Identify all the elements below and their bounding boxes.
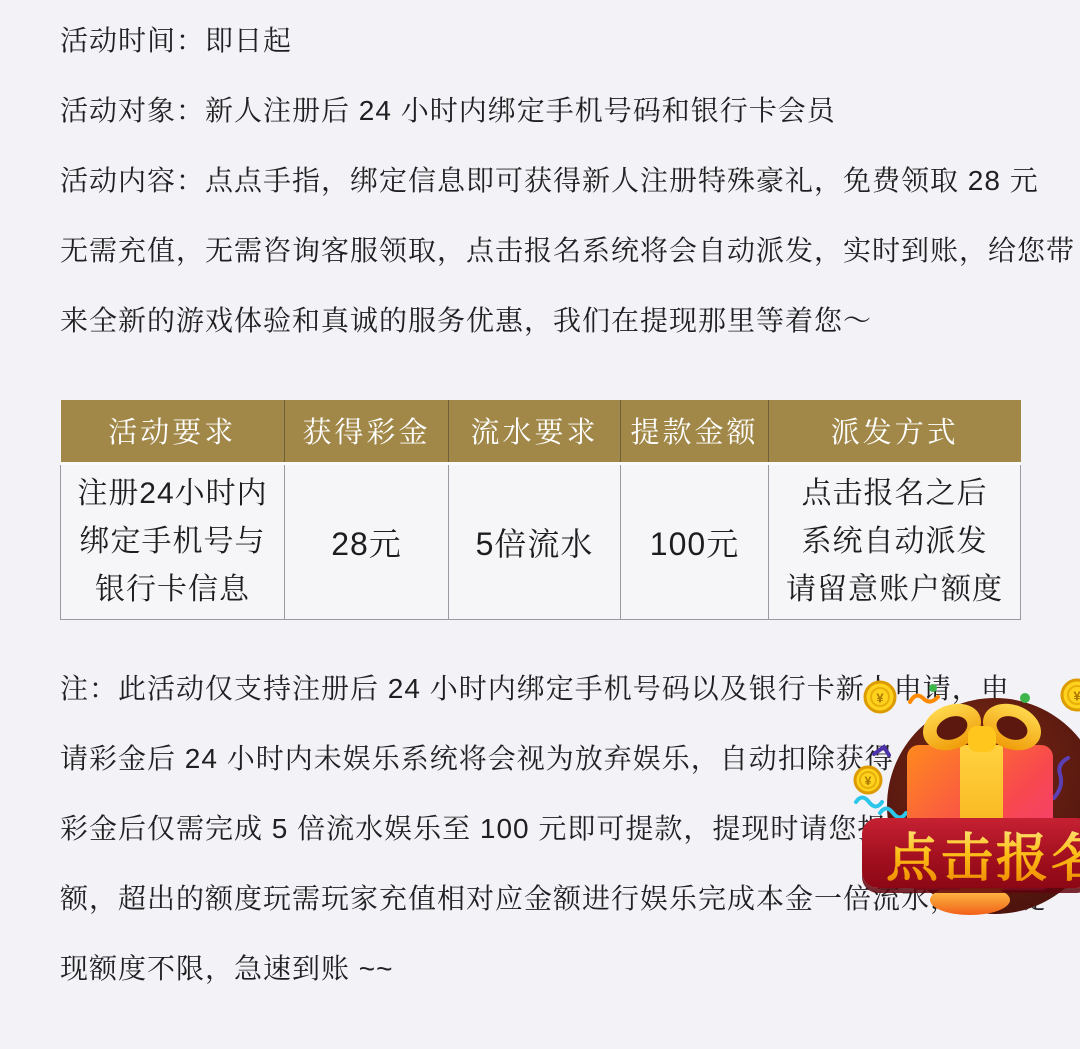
cell-dispatch: 点击报名之后 系统自动派发 请留意账户额度: [769, 463, 1021, 619]
table-header-row: 活动要求 获得彩金 流水要求 提款金额 派发方式: [61, 400, 1021, 463]
activity-content-line-1: 活动内容：点点手指，绑定信息即可获得新人注册特殊豪礼，免费领取 28 元: [0, 144, 1080, 214]
note-line-5: 现额度不限，急速到账 ~~: [0, 932, 1080, 1002]
promo-table: 活动要求 获得彩金 流水要求 提款金额 派发方式 注册24小时内 绑定手机号与 …: [60, 400, 1021, 620]
dispatch-line: 请留意账户额度: [769, 566, 1020, 614]
activity-content-line-2: 无需充值，无需咨询客服领取，点击报名系统将会自动派发，实时到账，给您带: [0, 214, 1080, 284]
activity-time-line: 活动时间：即日起: [0, 4, 1080, 74]
activity-content-line-3: 来全新的游戏体验和真诚的服务优惠，我们在提现那里等着您～: [0, 284, 1080, 354]
signup-button-label: 点击报名: [886, 816, 1080, 891]
cell-withdraw: 100元: [621, 463, 769, 619]
col-header-turnover: 流水要求: [449, 400, 621, 463]
intro-section: 活动时间：即日起 活动对象：新人注册后 24 小时内绑定手机号码和银行卡会员 活…: [0, 0, 1080, 354]
col-header-bonus: 获得彩金: [285, 400, 449, 463]
dispatch-line: 系统自动派发: [769, 518, 1020, 566]
cell-requirement: 注册24小时内 绑定手机号与 银行卡信息: [61, 463, 285, 619]
requirement-line: 注册24小时内: [61, 470, 284, 518]
requirement-line: 银行卡信息: [61, 566, 284, 614]
note-line-2: 请彩金后 24 小时内未娱乐系统将会视为放弃娱乐，自动扣除获得: [0, 722, 1080, 792]
col-header-requirement: 活动要求: [61, 400, 285, 463]
signup-button[interactable]: 点击报名: [862, 818, 1080, 888]
col-header-dispatch: 派发方式: [769, 400, 1021, 463]
activity-target-line: 活动对象：新人注册后 24 小时内绑定手机号码和银行卡会员: [0, 74, 1080, 144]
table-row: 注册24小时内 绑定手机号与 银行卡信息 28元 5倍流水 100元 点击报名之…: [61, 463, 1021, 619]
cell-bonus: 28元: [285, 463, 449, 619]
promo-page: 活动时间：即日起 活动对象：新人注册后 24 小时内绑定手机号码和银行卡会员 活…: [0, 0, 1080, 1049]
dispatch-line: 点击报名之后: [769, 470, 1020, 518]
requirement-line: 绑定手机号与: [61, 518, 284, 566]
cell-turnover: 5倍流水: [449, 463, 621, 619]
note-line-1: 注：此活动仅支持注册后 24 小时内绑定手机号码以及银行卡新人申请，申: [0, 652, 1080, 722]
col-header-withdraw: 提款金额: [621, 400, 769, 463]
